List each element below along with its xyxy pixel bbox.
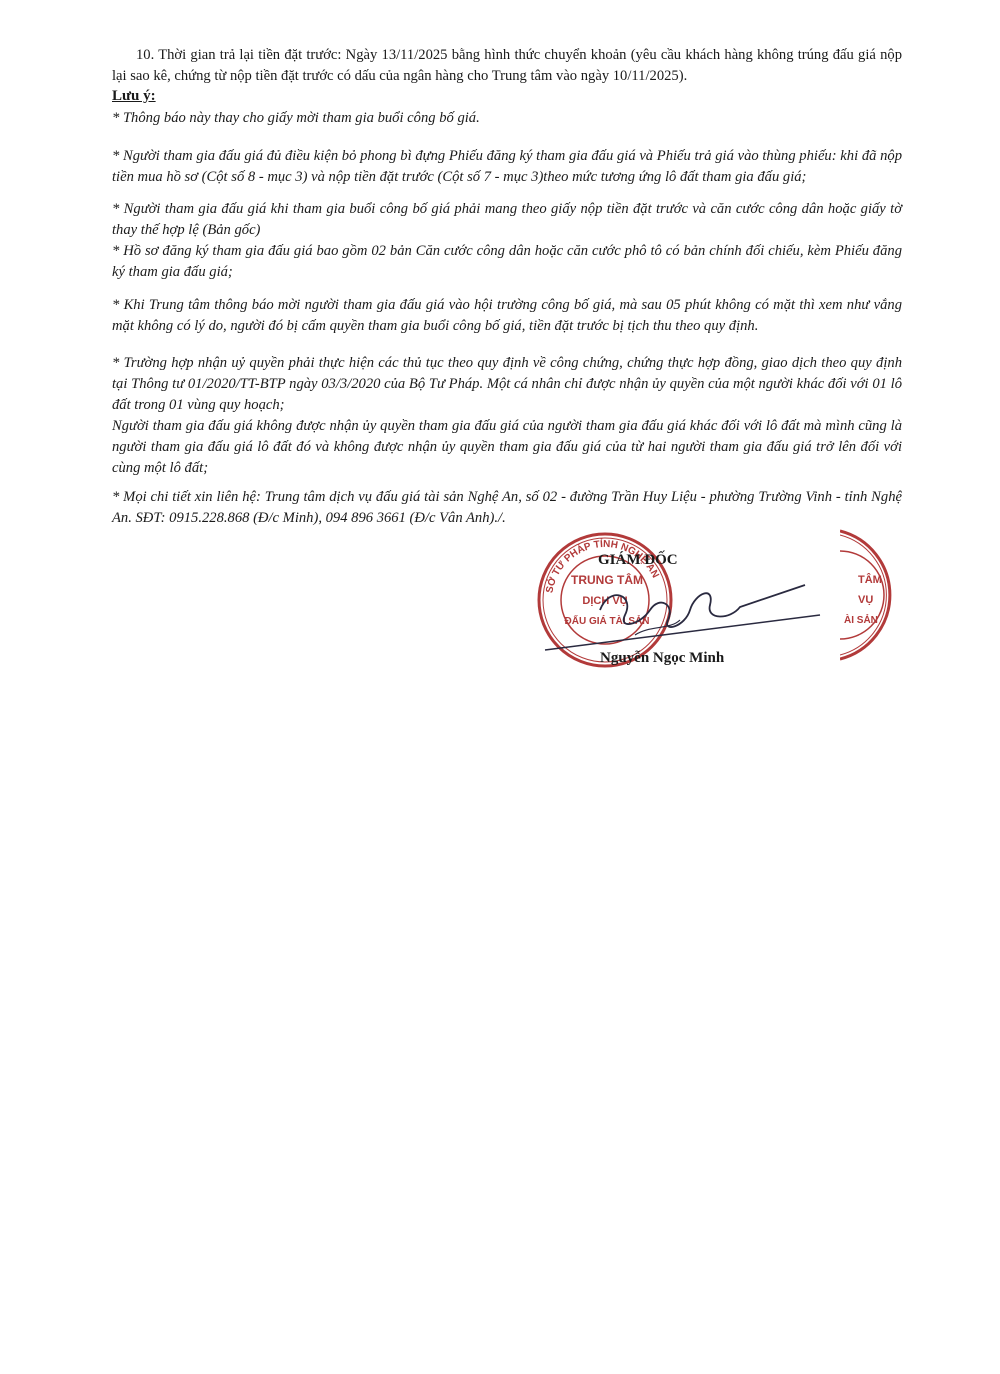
note-item: * Người tham gia đấu giá đủ điều kiện bỏ… [112,146,902,188]
notes-heading: Lưu ý: [112,86,902,107]
item-10-refund-time: 10. Thời gian trả lại tiền đặt trước: Ng… [112,45,902,87]
partial-stamp-line-2: VỤ [858,594,873,606]
partial-stamp-line-3: ÀI SẢN [844,613,878,626]
note-item: * Trường hợp nhận uỷ quyền phải thực hiệ… [112,353,902,416]
note-item: * Thông báo này thay cho giấy mời tham g… [112,108,902,129]
note-item: Người tham gia đấu giá không được nhận ủ… [112,416,902,479]
note-item: * Người tham gia đấu giá khi tham gia bu… [112,199,902,241]
note-item: * Hồ sơ đăng ký tham gia đấu giá bao gồm… [112,241,902,283]
partial-stamp-line-1: TÂM [858,573,882,586]
note-item: * Khi Trung tâm thông báo mời người tham… [112,295,902,337]
document-page: 10. Thời gian trả lại tiền đặt trước: Ng… [0,0,1000,1374]
signer-name: Nguyễn Ngọc Minh [600,650,724,667]
note-item: * Mọi chi tiết xin liên hệ: Trung tâm dị… [112,487,902,529]
partial-stamp: TÂM VỤ ÀI SẢN [840,525,910,665]
